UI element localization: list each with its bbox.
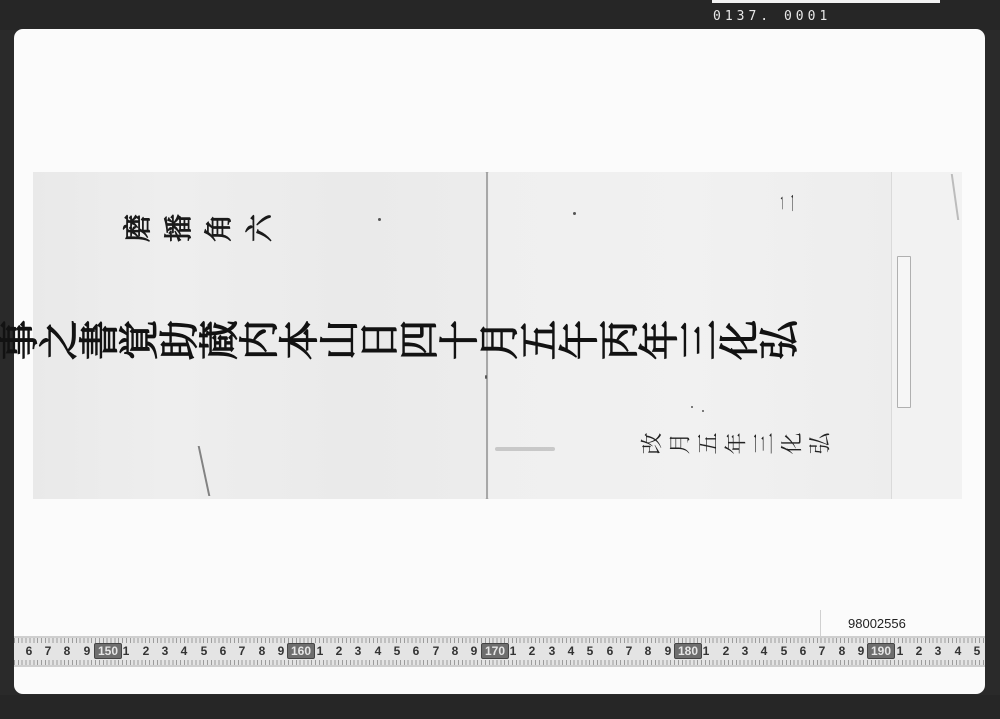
ruler-major-label: 180 xyxy=(674,643,702,659)
ruler-label: 3 xyxy=(545,644,559,658)
ruler-label: 3 xyxy=(931,644,945,658)
ruler-label: 9 xyxy=(80,644,94,658)
ink-spot xyxy=(702,410,704,412)
ruler-label: 1 xyxy=(313,644,327,658)
main-text-char: 本 xyxy=(280,320,320,360)
ruler-label: 2 xyxy=(139,644,153,658)
ruler-label: 6 xyxy=(216,644,230,658)
ruler-label: 1 xyxy=(893,644,907,658)
corner-curl xyxy=(941,174,959,220)
ruler-label: 7 xyxy=(41,644,55,658)
main-text-char: 内 xyxy=(240,320,280,360)
main-text-line: 弘化三年丙午五月十四日山本内蔵助覚書之事 xyxy=(100,310,800,370)
ruler-label: 4 xyxy=(177,644,191,658)
ruler-label: 5 xyxy=(970,644,984,658)
signature-char: 播 xyxy=(157,214,197,242)
ruler-major-label: 190 xyxy=(867,643,895,659)
ink-spot xyxy=(573,212,576,215)
main-text-char: 山 xyxy=(320,320,360,360)
ruler-label: 3 xyxy=(738,644,752,658)
ruler-label: 2 xyxy=(912,644,926,658)
signature-line: 六角播磨 xyxy=(122,208,272,248)
ruler-label: 8 xyxy=(641,644,655,658)
ruler-label: 8 xyxy=(60,644,74,658)
ruler-label: 2 xyxy=(719,644,733,658)
main-text-char: 事 xyxy=(0,320,40,360)
film-frame-bottom xyxy=(0,695,1000,719)
ruler-major-label: 160 xyxy=(287,643,315,659)
ink-spot xyxy=(378,218,381,221)
ruler-label: 5 xyxy=(777,644,791,658)
ruler-label: 7 xyxy=(429,644,443,658)
ruler-label: 1 xyxy=(119,644,133,658)
previous-frame-edge xyxy=(712,0,940,3)
ruler-label: 9 xyxy=(274,644,288,658)
ruler-label: 7 xyxy=(622,644,636,658)
date-line: 弘化三年五月改 xyxy=(640,425,830,461)
date-char: 弘 xyxy=(803,432,834,454)
date-char: 化 xyxy=(775,432,806,454)
frame-number: 0137. 0001 xyxy=(713,9,831,24)
main-text-char: 五 xyxy=(520,320,560,360)
main-text-char: 丙 xyxy=(600,320,640,360)
signature-char: 角 xyxy=(197,214,237,242)
main-text-char: 午 xyxy=(560,320,600,360)
catalog-id: 98002556 xyxy=(848,616,906,631)
main-text-char: 十 xyxy=(440,320,480,360)
main-text-char: 日 xyxy=(360,320,400,360)
ruler-major-label: 170 xyxy=(481,643,509,659)
ruler-label: 6 xyxy=(603,644,617,658)
date-char: 五 xyxy=(691,432,722,454)
ruler-label: 8 xyxy=(448,644,462,658)
ruler-label: 2 xyxy=(332,644,346,658)
ruler-label: 7 xyxy=(815,644,829,658)
ruler-label: 5 xyxy=(197,644,211,658)
main-text-char: 三 xyxy=(680,320,720,360)
ruler-label: 8 xyxy=(835,644,849,658)
ruler-label: 4 xyxy=(951,644,965,658)
signature-char: 磨 xyxy=(116,214,156,242)
main-text-char: 化 xyxy=(720,320,760,360)
ruler-major-label: 150 xyxy=(94,643,122,659)
ruler-label: 4 xyxy=(757,644,771,658)
flap-slot xyxy=(897,256,911,408)
ink-smudge xyxy=(495,447,555,451)
ruler-label: 7 xyxy=(235,644,249,658)
main-text-char: 弘 xyxy=(760,320,800,360)
ruler-label: 6 xyxy=(22,644,36,658)
ruler-label: 1 xyxy=(699,644,713,658)
ruler-ticks-bottom xyxy=(14,660,985,665)
ruler-label: 9 xyxy=(467,644,481,658)
main-text-char: 之 xyxy=(40,320,80,360)
date-char: 三 xyxy=(747,432,778,454)
ruler-label: 3 xyxy=(351,644,365,658)
signature-char: 六 xyxy=(238,214,278,242)
ruler-label: 6 xyxy=(796,644,810,658)
ruler-label: 6 xyxy=(409,644,423,658)
ruler-label: 9 xyxy=(854,644,868,658)
main-text-char: 蔵 xyxy=(200,320,240,360)
main-text-char: 四 xyxy=(400,320,440,360)
main-text-char: 年 xyxy=(640,320,680,360)
date-char: 年 xyxy=(719,432,750,454)
page-mark: 二 xyxy=(774,194,800,212)
ink-spot xyxy=(691,406,693,408)
ink-spot xyxy=(485,375,487,379)
main-text-char: 覚 xyxy=(120,320,160,360)
ruler-label: 5 xyxy=(583,644,597,658)
ruler-label: 1 xyxy=(506,644,520,658)
id-divider xyxy=(820,610,821,636)
ruler-label: 4 xyxy=(371,644,385,658)
ruler-label: 9 xyxy=(661,644,675,658)
main-text-char: 月 xyxy=(480,320,520,360)
ruler-label: 8 xyxy=(255,644,269,658)
measuring-ruler: 6789150123456789160123456789170123456789… xyxy=(14,636,985,667)
date-char: 月 xyxy=(663,432,694,454)
date-char: 改 xyxy=(636,432,667,454)
ruler-label: 2 xyxy=(525,644,539,658)
main-text-char: 書 xyxy=(80,320,120,360)
ruler-label: 4 xyxy=(564,644,578,658)
ruler-label: 3 xyxy=(158,644,172,658)
ruler-label: 5 xyxy=(390,644,404,658)
film-frame-top xyxy=(0,0,1000,30)
main-text-char: 助 xyxy=(160,320,200,360)
